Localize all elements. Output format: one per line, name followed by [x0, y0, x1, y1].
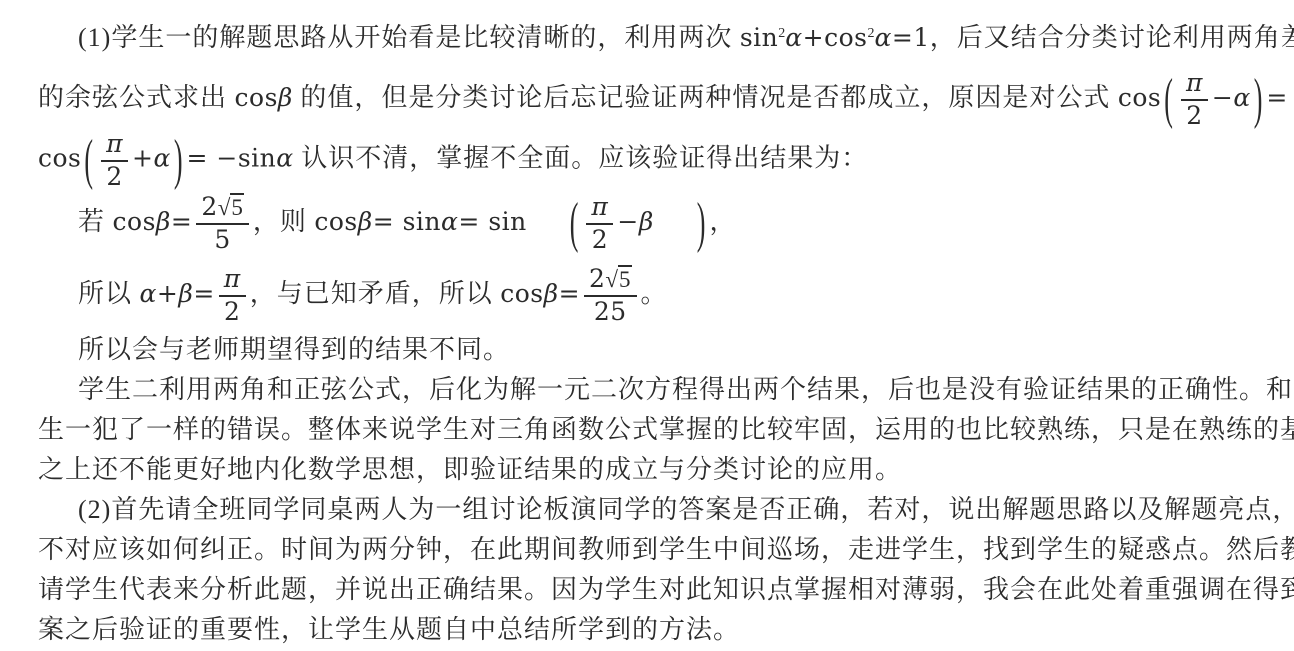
left-paren-icon: ( [84, 133, 94, 189]
text-run: 所以会与老师期望得到的结果不同。 [78, 335, 510, 364]
text-line-5: 所以 α+β=π2，与已知矛盾，所以 cosβ=2√525。 [38, 258, 1286, 330]
math-variable: β [358, 207, 373, 236]
text-line-6: 所以会与老师期望得到的结果不同。 [38, 330, 1286, 370]
math-variable: β [544, 279, 559, 308]
math-variable: α [1233, 83, 1250, 112]
math-run: = [171, 207, 192, 236]
fraction-numerator: 2√5 [196, 193, 249, 225]
math-run: 2 [224, 297, 240, 326]
math-run: = sin [1266, 83, 1294, 112]
text-run: 的值，但是分类讨论后忘记验证两种情况是否都成立，原因是对公式 [293, 83, 1118, 112]
text-run: (1)学生一的解题思路从开始看是比较清晰的，利用两次 [78, 23, 740, 52]
math-variable: α [153, 144, 170, 173]
text-run: ，则 [253, 207, 315, 236]
fraction: 2√525 [584, 265, 637, 327]
fraction-denominator: 2 [586, 225, 613, 255]
text-line-1: (1)学生一的解题思路从开始看是比较清晰的，利用两次 sin2α+cos2α=1… [38, 2, 1286, 66]
text-run: 。 [641, 279, 668, 308]
text-line-9: 之上还不能更好地内化数学思想，即验证结果的成立与分类讨论的应用。 [38, 450, 1286, 490]
text-run: ，后又结合分类讨论利用两角差 [930, 23, 1294, 52]
fraction-numerator: π [101, 130, 128, 162]
fraction-numerator: 2√5 [584, 265, 637, 297]
math-run: cos [113, 207, 156, 236]
sqrt-expression: √5 [218, 193, 244, 220]
text-run: 的余弦公式求出 [38, 83, 235, 112]
math-run: = [193, 279, 214, 308]
math-run: cos [38, 144, 81, 173]
fraction-numerator: π [219, 265, 246, 297]
math-run: 2 [201, 192, 217, 221]
text-run: 生一犯了一样的错误。整体来说学生对三角函数公式掌握的比较牢固，运用的也比较熟练，… [38, 415, 1294, 444]
math-run: 2 [589, 264, 605, 293]
right-paren-icon: ) [657, 196, 707, 252]
math-variable: β [178, 279, 193, 308]
right-paren-icon: ) [1254, 72, 1264, 128]
math-variable: β [156, 207, 171, 236]
fraction: π2 [586, 193, 613, 255]
text-line-12: 请学生代表来分析此题，并说出正确结果。因为学生对此知识点掌握相对薄弱，我会在此处… [38, 570, 1286, 610]
text-run: 之上还不能更好地内化数学思想，即验证结果的成立与分类讨论的应用。 [38, 455, 902, 484]
math-variable: β [278, 83, 293, 112]
math-run: + [157, 279, 178, 308]
math-run: + [132, 144, 153, 173]
text-run: ，与已知矛盾，所以 [250, 279, 501, 308]
left-paren-icon: ( [530, 196, 580, 252]
fraction-numerator: π [1181, 69, 1208, 101]
math-run: +cos [803, 23, 868, 52]
math-run: 2 [1186, 101, 1202, 130]
text-line-7: 学生二利用两角和正弦公式，后化为解一元二次方程得出两个结果，后也是没有验证结果的… [38, 370, 1286, 410]
text-run: 所以 [78, 279, 140, 308]
fraction-denominator: 2 [219, 297, 246, 327]
fraction-denominator: 2 [1181, 101, 1208, 131]
math-run: sin [740, 23, 778, 52]
math-run: cos [500, 279, 543, 308]
math-variable: α [785, 23, 802, 52]
text-run: (2)首先请全班同学同桌两人为一组讨论板演同学的答案是否正确，若对，说出解题思路… [78, 495, 1294, 524]
math-variable: α [140, 279, 157, 308]
math-run: cos [1118, 83, 1161, 112]
math-variable: π [591, 192, 608, 221]
math-run: 5 [214, 225, 230, 254]
fraction: 2√55 [196, 193, 249, 255]
math-run: = −sin [187, 144, 277, 173]
fraction: π2 [1181, 69, 1208, 131]
math-run: 2 [592, 225, 608, 254]
left-paren-icon: ( [1164, 72, 1174, 128]
text-run: 学生二利用两角和正弦公式，后化为解一元二次方程得出两个结果，后也是没有验证结果的… [78, 375, 1294, 404]
text-line-8: 生一犯了一样的错误。整体来说学生对三角函数公式掌握的比较牢固，运用的也比较熟练，… [38, 410, 1286, 450]
math-variable: α [875, 23, 892, 52]
math-variable: α [276, 144, 293, 173]
text-run: 请学生代表来分析此题，并说出正确结果。因为学生对此知识点掌握相对薄弱，我会在此处… [38, 575, 1294, 604]
superscript: 2 [868, 26, 875, 41]
math-run: cos [314, 207, 357, 236]
document-page: (1)学生一的解题思路从开始看是比较清晰的，利用两次 sin2α+cos2α=1… [0, 0, 1294, 651]
radical-sign-icon: √ [218, 195, 231, 220]
text-line-4: 若 cosβ=2√55，则 cosβ= sinα= sin(π2−β)， [38, 186, 1286, 258]
math-run: − [1212, 83, 1233, 112]
math-run: = sin [458, 207, 526, 236]
fraction-denominator: 25 [584, 297, 637, 327]
math-run: − [617, 207, 638, 236]
math-run: =1 [892, 23, 930, 52]
text-run: 若 [78, 207, 113, 236]
math-run: cos [235, 83, 278, 112]
text-run: 认识不清，掌握不全面。应该验证得出结果为： [294, 144, 869, 173]
text-run: ， [709, 207, 736, 236]
fraction: π2 [101, 130, 128, 192]
fraction-denominator: 5 [196, 225, 249, 255]
fraction: π2 [219, 265, 246, 327]
right-paren-icon: ) [174, 133, 184, 189]
text-line-10: (2)首先请全班同学同桌两人为一组讨论板演同学的答案是否正确，若对，说出解题思路… [38, 490, 1286, 530]
text-run: 案之后验证的重要性，让学生从题自中总结所学到的方法。 [38, 615, 740, 644]
radical-sign-icon: √ [605, 267, 618, 292]
text-line-2: 的余弦公式求出 cosβ 的值，但是分类讨论后忘记验证两种情况是否都成立，原因是… [38, 66, 1286, 130]
math-variable: β [639, 207, 654, 236]
text-run: 不对应该如何纠正。时间为两分钟，在此期间教师到学生中间巡场，走进学生，找到学生的… [38, 535, 1294, 564]
radicand: 5 [618, 265, 632, 292]
sqrt-expression: √5 [605, 265, 631, 292]
math-variable: α [441, 207, 458, 236]
math-variable: π [1186, 68, 1203, 97]
radicand: 5 [230, 193, 244, 220]
math-run: = sin [373, 207, 441, 236]
text-line-13: 案之后验证的重要性，让学生从题自中总结所学到的方法。 [38, 610, 1286, 650]
fraction-numerator: π [586, 193, 613, 225]
math-run: = [559, 279, 580, 308]
math-run: 25 [594, 297, 627, 326]
text-line-11: 不对应该如何纠正。时间为两分钟，在此期间教师到学生中间巡场，走进学生，找到学生的… [38, 530, 1286, 570]
math-variable: π [106, 129, 123, 158]
math-variable: π [224, 264, 241, 293]
text-line-3: cos(π2+α)= −sinα 认识不清，掌握不全面。应该验证得出结果为： [38, 130, 1286, 186]
